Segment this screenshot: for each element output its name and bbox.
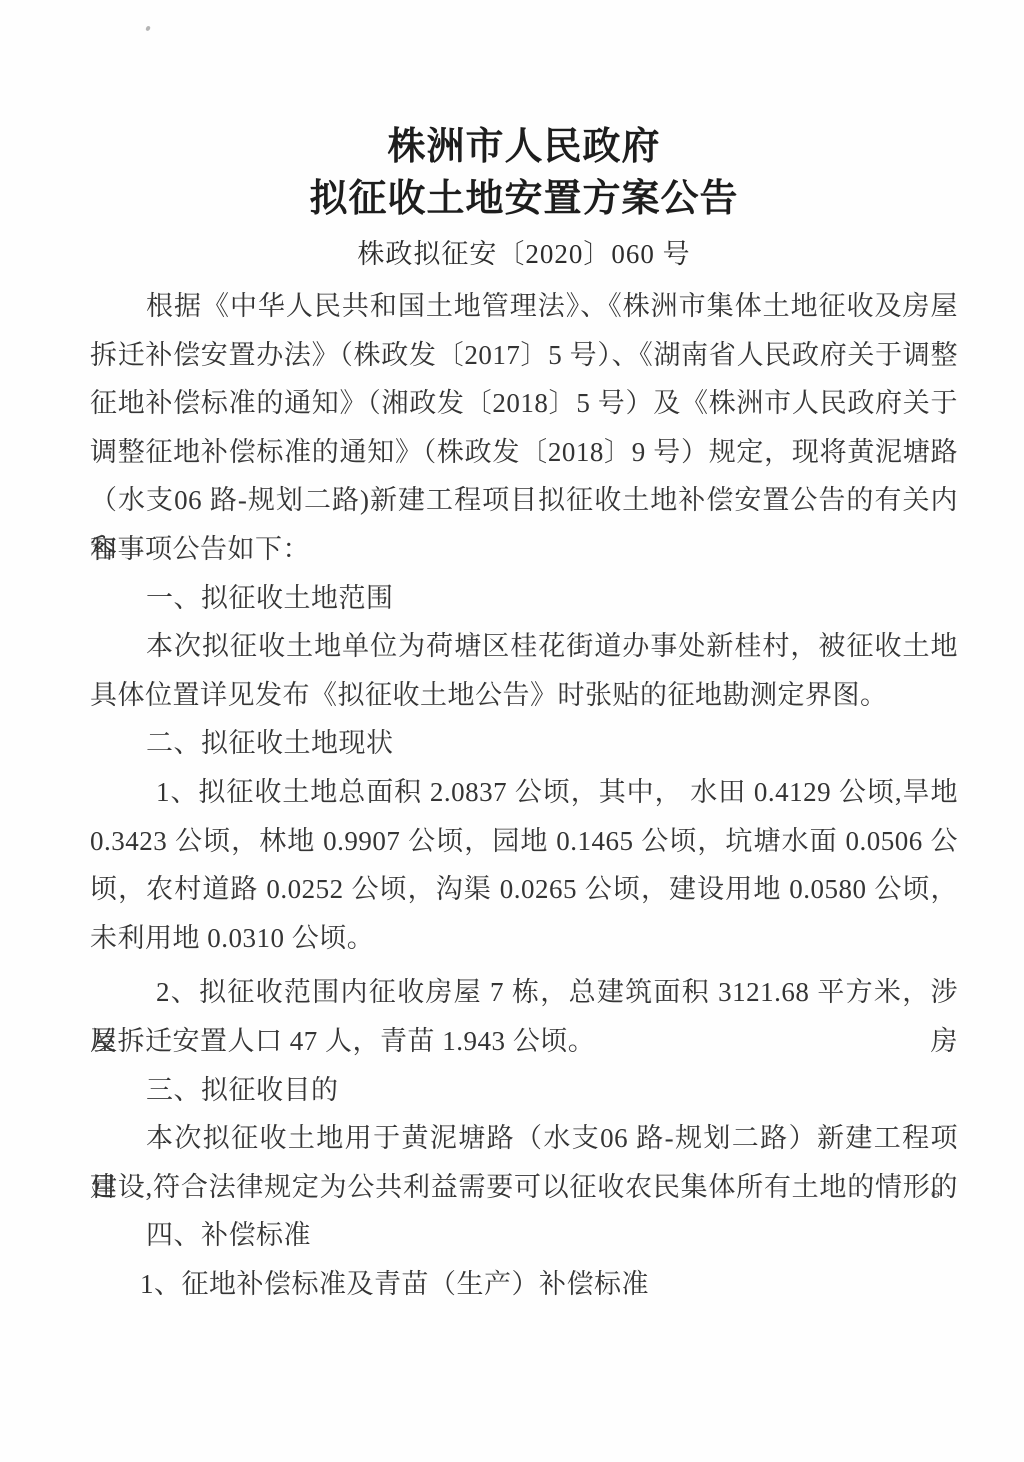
section-heading-2: 二、拟征收土地现状	[90, 719, 958, 768]
document-number: 株政拟征安〔2020〕060 号	[90, 238, 958, 270]
subsection-heading: 1、征地补偿标准及青苗（生产）补偿标准	[90, 1260, 958, 1309]
document-subtitle: 拟征收土地安置方案公告	[90, 176, 958, 222]
document-title: 株洲市人民政府	[90, 124, 958, 170]
body-line: 和事项公告如下：	[90, 525, 958, 574]
body-line: 2、拟征收范围内征收房屋 7 栋，总建筑面积 3121.68 平方米，涉及房	[90, 968, 958, 1017]
document-page: 株洲市人民政府 拟征收土地安置方案公告 株政拟征安〔2020〕060 号 根据《…	[0, 0, 1024, 1462]
section-heading-4: 四、补偿标准	[90, 1211, 958, 1260]
document-body: 根据《中华人民共和国土地管理法》、《株洲市集体土地征收及房屋 拆迁补偿安置办法》…	[90, 282, 958, 1308]
body-line: 1、拟征收土地总面积 2.0837 公顷，其中， 水田 0.4129 公顷,旱地	[90, 768, 958, 817]
section-heading-3: 三、拟征收目的	[90, 1066, 958, 1115]
body-line: 拆迁补偿安置办法》（株政发〔2017〕5 号）、《湖南省人民政府关于调整	[90, 331, 958, 380]
body-line: 调整征地补偿标准的通知》（株政发〔2018〕9 号）规定，现将黄泥塘路	[90, 428, 958, 477]
body-line: 征地补偿标准的通知》（湘政发〔2018〕5 号）及《株洲市人民政府关于	[90, 379, 958, 428]
body-line: 具体位置详见发布《拟征收土地公告》时张贴的征地勘测定界图。	[90, 671, 958, 720]
body-line: 顷，农村道路 0.0252 公顷，沟渠 0.0265 公顷，建设用地 0.058…	[90, 865, 958, 914]
body-line: 未利用地 0.0310 公顷。	[90, 914, 958, 963]
body-line: 根据《中华人民共和国土地管理法》、《株洲市集体土地征收及房屋	[90, 282, 958, 331]
body-line: 0.3423 公顷，林地 0.9907 公顷，园地 0.1465 公顷，坑塘水面…	[90, 817, 958, 866]
scan-artifact-top-edge	[0, 0, 1024, 8]
scan-artifact-speck	[145, 25, 150, 31]
body-line: （水支06 路-规划二路)新建工程项目拟征收土地补偿安置公告的有关内容	[90, 476, 958, 525]
body-line: 本次拟征收土地用于黄泥塘路（水支06 路-规划二路）新建工程项目的	[90, 1114, 958, 1163]
section-heading-1: 一、拟征收土地范围	[90, 574, 958, 623]
body-line: 本次拟征收土地单位为荷塘区桂花街道办事处新桂村，被征收土地	[90, 622, 958, 671]
body-line: 建设,符合法律规定为公共利益需要可以征收农民集体所有土地的情形。	[90, 1163, 958, 1212]
